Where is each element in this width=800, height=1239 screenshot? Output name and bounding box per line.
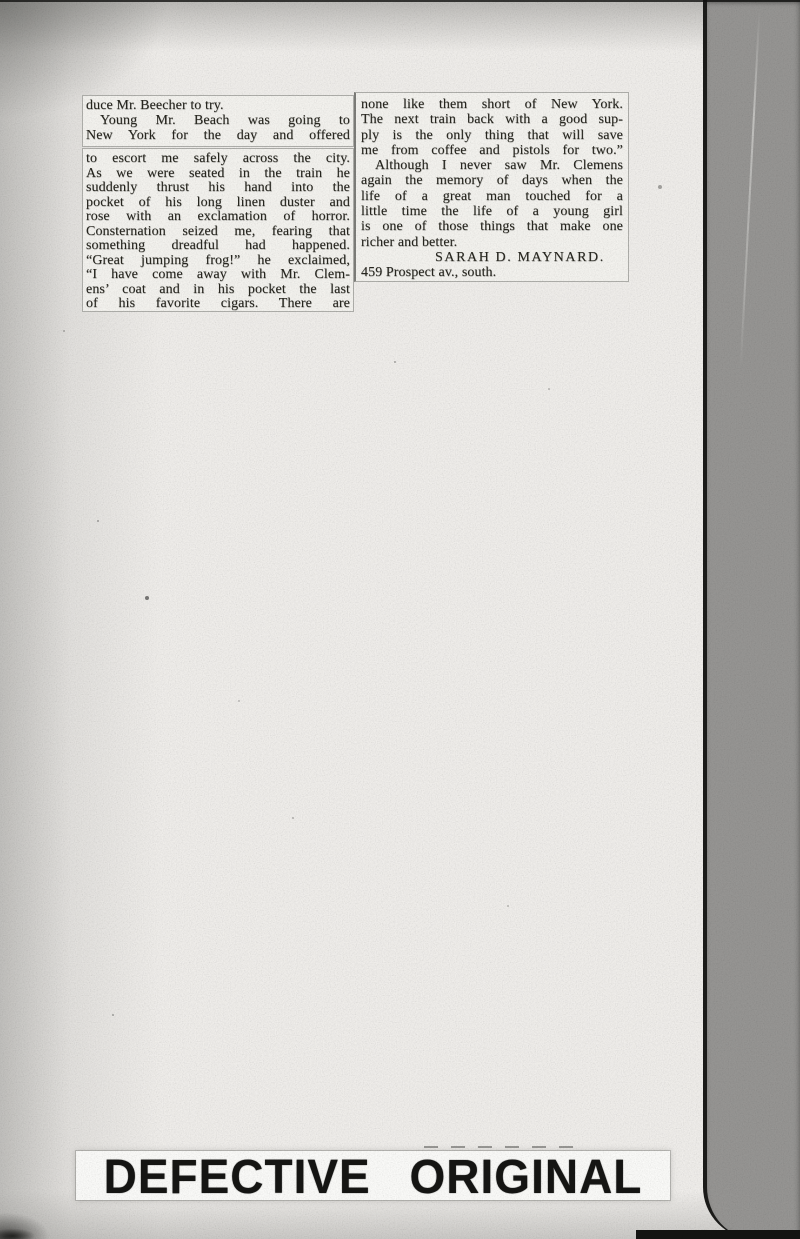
clipping-line: “Great jumping frog!” he exclaimed, bbox=[86, 254, 350, 269]
clipping-line: Consternation seized me, fearing that bbox=[86, 225, 350, 240]
stamp-label: DEFECTIVE ORIGINAL bbox=[104, 1151, 643, 1199]
scanned-page: duce Mr. Beecher to try. Young Mr. Beach… bbox=[0, 0, 800, 1239]
clipping-line: richer and better. bbox=[361, 235, 623, 250]
band-scratch-mark bbox=[740, 10, 761, 370]
clipping-line: rose with an exclamation of horror. bbox=[86, 210, 350, 225]
clipping-line: ply is the only thing that will save bbox=[361, 128, 623, 143]
clipping-left-fragment-1: duce Mr. Beecher to try. Young Mr. Beach… bbox=[82, 95, 354, 147]
clipping-line: Although I never saw Mr. Clemens bbox=[361, 158, 623, 173]
clipping-line: me from coffee and pistols for two.” bbox=[361, 143, 623, 158]
corner-smudge bbox=[0, 1224, 42, 1239]
clipping-line: is one of those things that make one bbox=[361, 219, 623, 234]
clipping-line: none like them short of New York. bbox=[361, 97, 623, 112]
top-edge-line bbox=[0, 0, 800, 2]
clipping-line: to escort me safely across the city. bbox=[86, 152, 350, 167]
clipping-line: suddenly thrust his hand into the bbox=[86, 181, 350, 196]
defective-original-stamp: DEFECTIVE ORIGINAL bbox=[76, 1151, 670, 1200]
binding-band bbox=[703, 0, 800, 1239]
signature-line: SARAH D. MAYNARD. bbox=[361, 250, 623, 265]
clipping-line: little time the life of a young girl bbox=[361, 204, 623, 219]
clipping-line: of his favorite cigars. There are bbox=[86, 297, 350, 312]
clipping-line: again the memory of days when the bbox=[361, 173, 623, 188]
clipping-line: The next train back with a good sup- bbox=[361, 112, 623, 127]
clipping-line: New York for the day and offered bbox=[86, 128, 350, 143]
clipping-line: ens’ coat and in his pocket the last bbox=[86, 283, 350, 298]
bottom-edge-strip bbox=[636, 1230, 800, 1239]
dust-specks bbox=[0, 0, 2, 2]
address-line: 459 Prospect av., south. bbox=[361, 265, 623, 280]
clipping-left-fragment-2: to escort me safely across the city. As … bbox=[82, 148, 354, 312]
clipping-line: duce Mr. Beecher to try. bbox=[86, 98, 350, 113]
clipping-line: As we were seated in the train he bbox=[86, 167, 350, 182]
clipping-line: pocket of his long linen duster and bbox=[86, 196, 350, 211]
clipping-line: Young Mr. Beach was going to bbox=[86, 113, 350, 128]
clipping-line: life of a great man touched for a bbox=[361, 189, 623, 204]
clipping-line: “I have come away with Mr. Clem- bbox=[86, 268, 350, 283]
scratch-mark bbox=[424, 1146, 574, 1148]
clipping-line: something dreadful had happened. bbox=[86, 239, 350, 254]
clipping-right-fragment: none like them short of New York. The ne… bbox=[354, 92, 629, 282]
